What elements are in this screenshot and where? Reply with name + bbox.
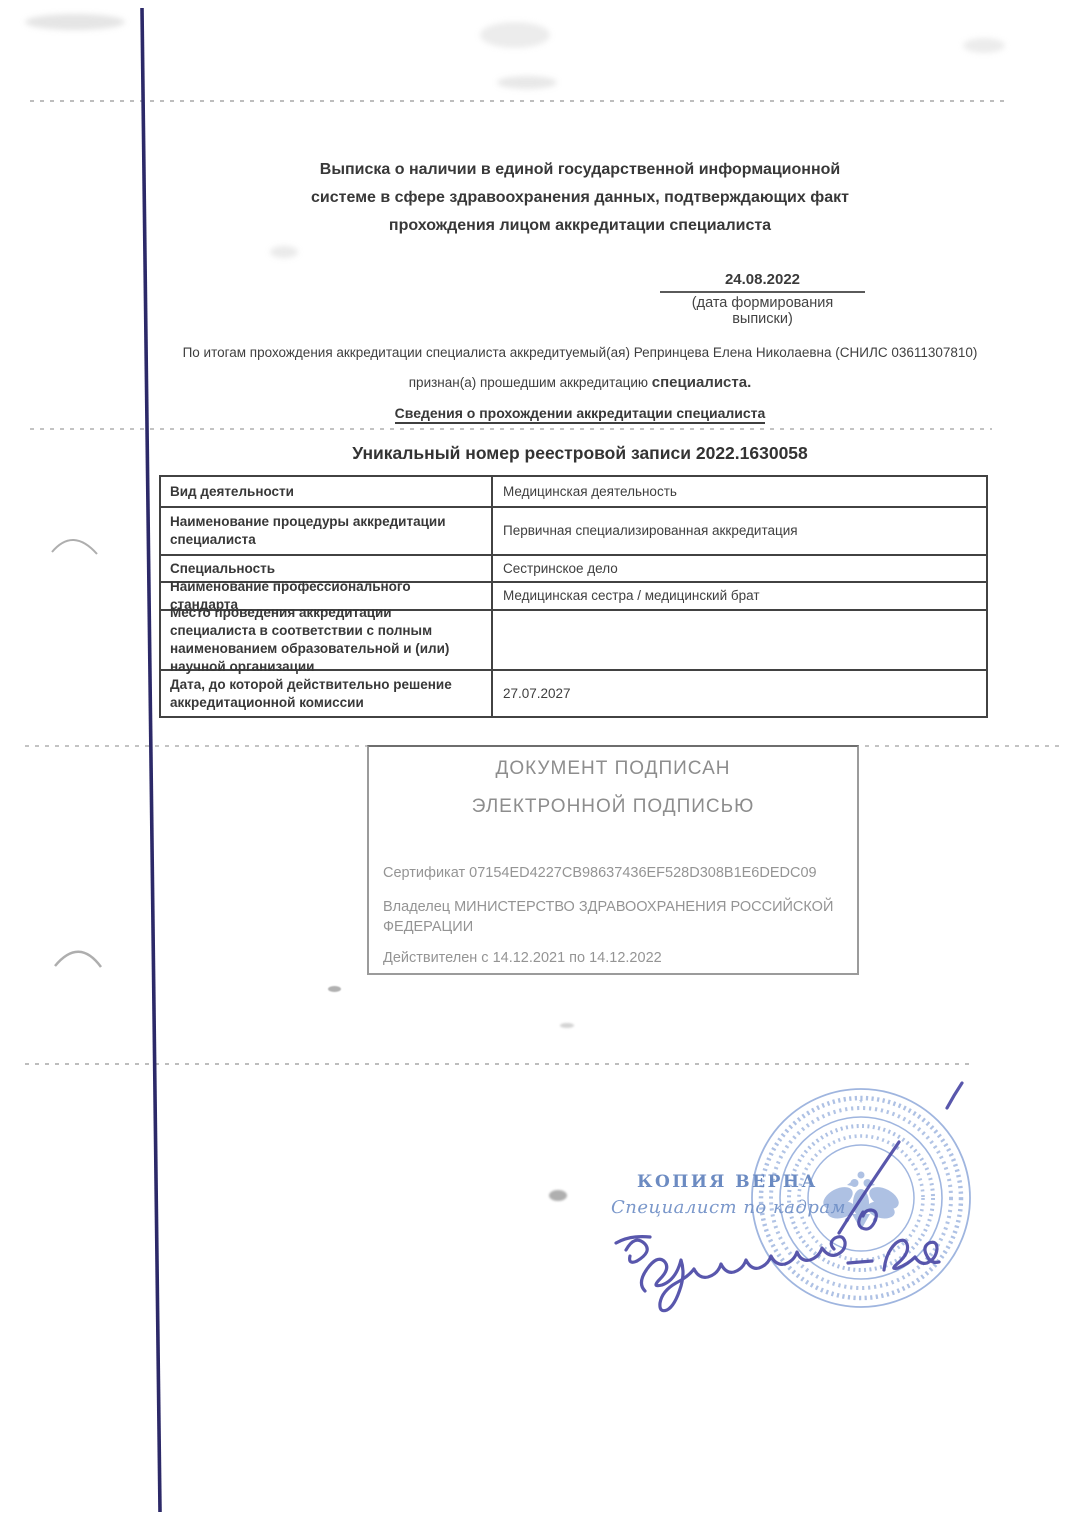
handwritten-signature [0,0,1080,1525]
scanned-document-page: Выписка о наличии в единой государственн… [0,0,1080,1525]
